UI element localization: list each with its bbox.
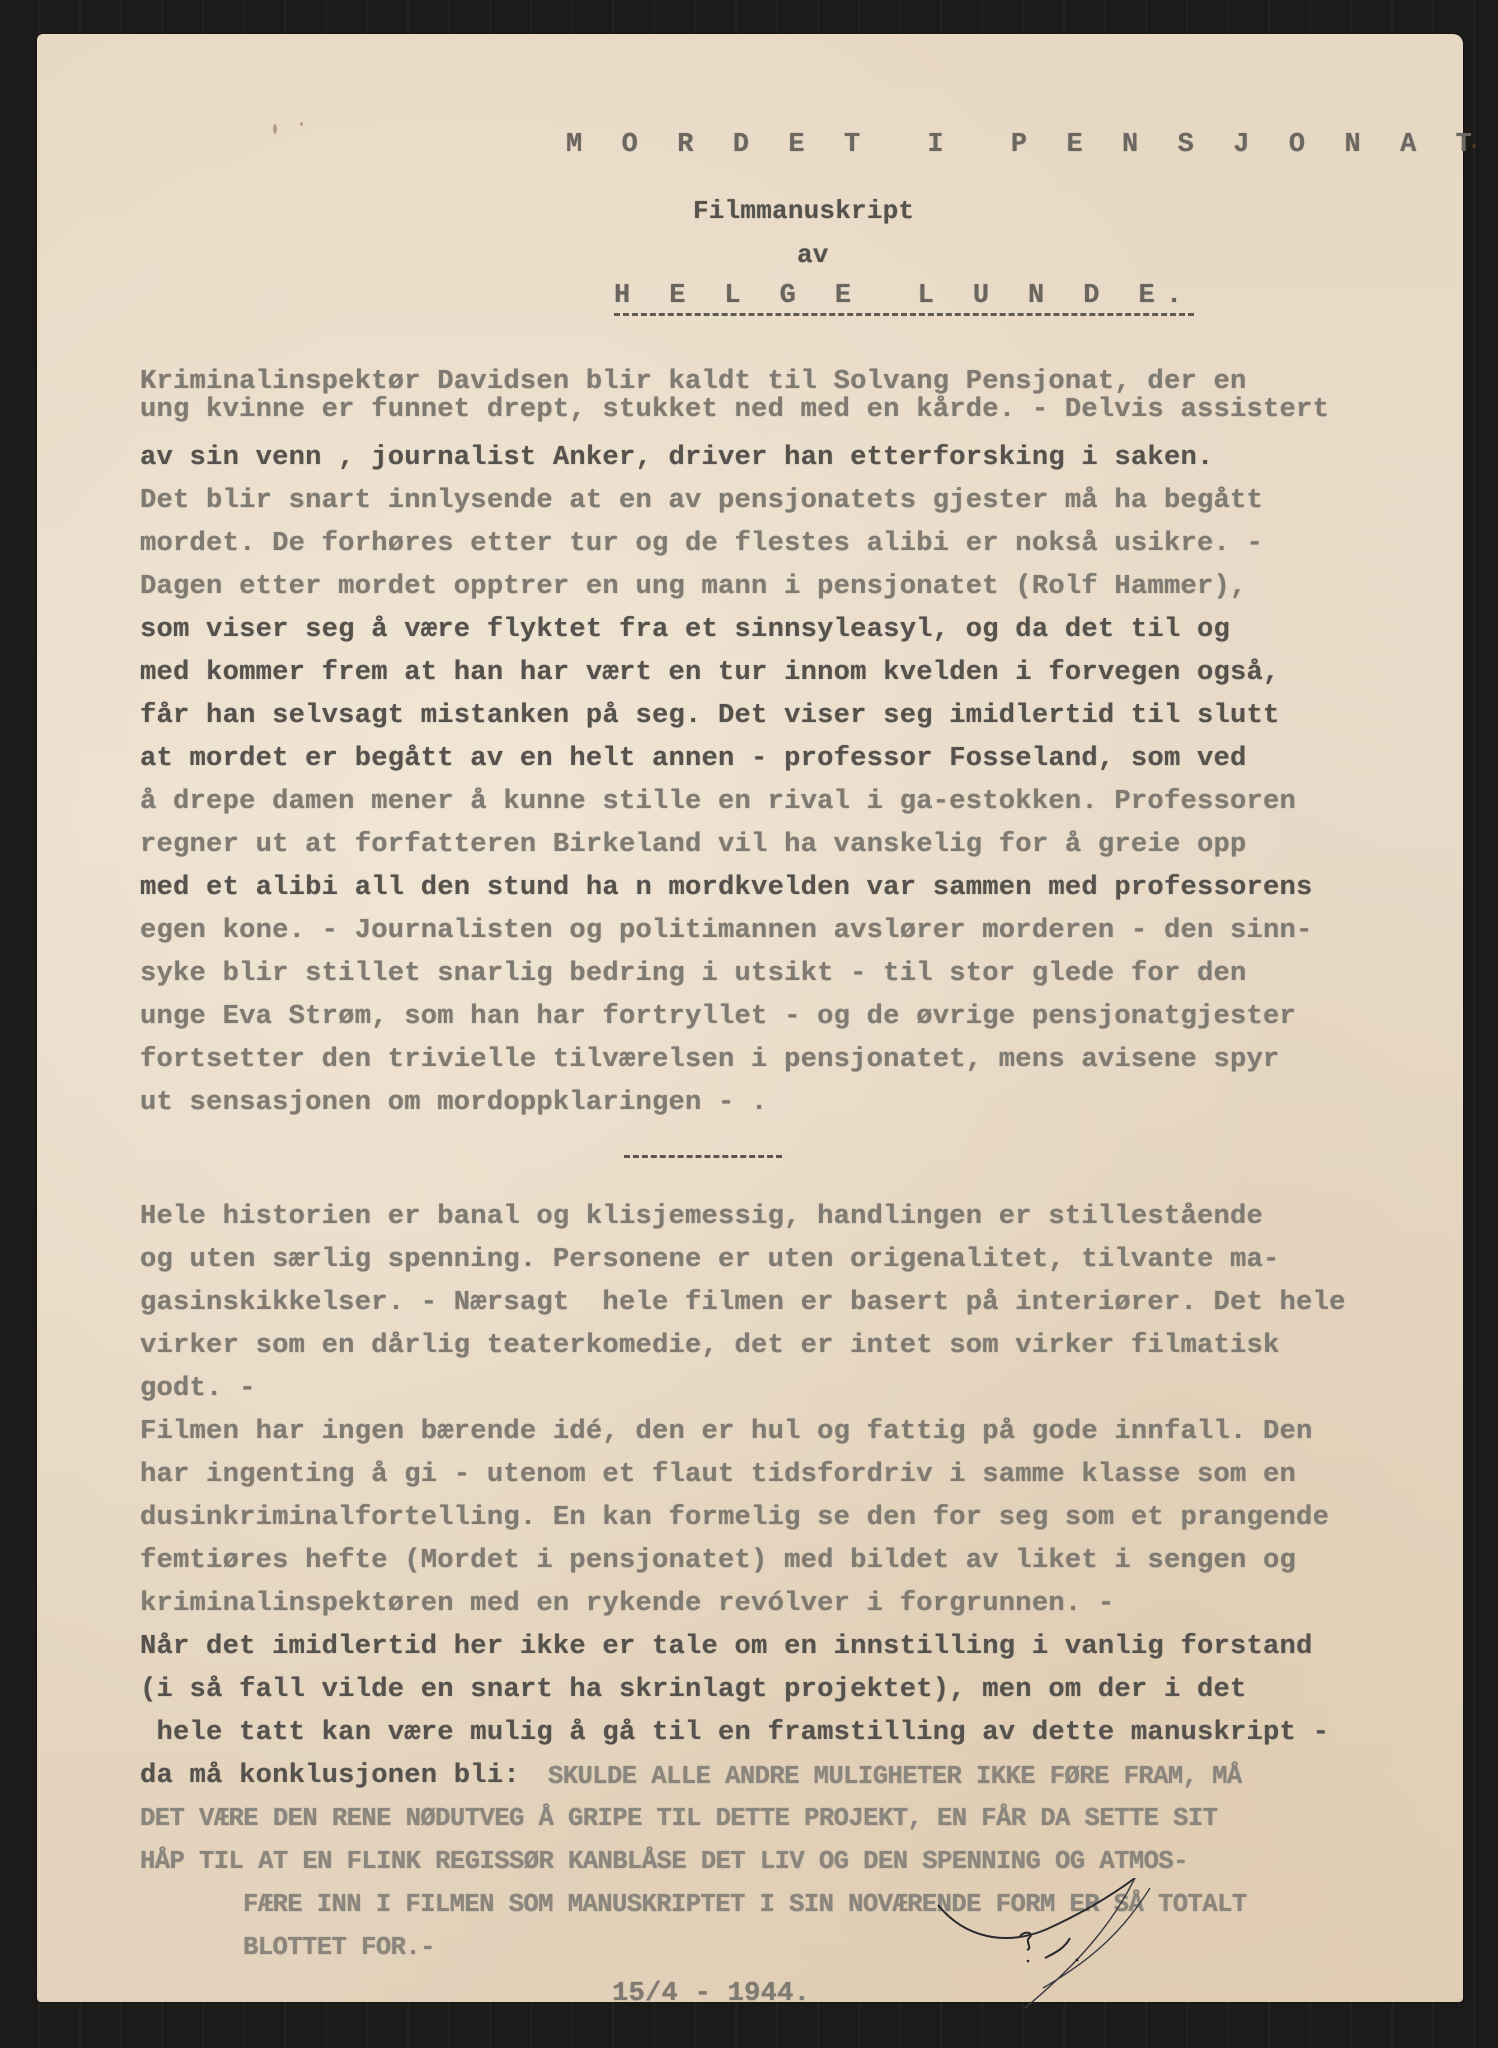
summary-line: å drepe damen mener å kunne stille en ri…: [140, 786, 1296, 817]
review-line: hele tatt kan være mulig å gå til en fra…: [140, 1717, 1329, 1748]
review-line: har ingenting å gi - utenom et flaut tid…: [140, 1459, 1296, 1490]
review-line: og uten særlig spenning. Personene er ut…: [140, 1244, 1280, 1275]
review-line: (i så fall vilde en snart ha skrinlagt p…: [140, 1674, 1247, 1705]
paper-stain: [300, 122, 303, 126]
summary-line: fortsetter den trivielle tilværelsen i p…: [140, 1044, 1280, 1075]
review-line: virker som en dårlig teaterkomedie, det …: [140, 1330, 1280, 1361]
summary-line: ung kvinne er funnet drept, stukket ned …: [140, 394, 1329, 425]
conclusion-line: HÅP TIL AT EN FLINK REGISSØR KANBLÅSE DE…: [140, 1847, 1188, 1876]
review-line: da må konklusjonen bli:: [140, 1760, 520, 1791]
conclusion-line: DET VÆRE DEN RENE NØDUTVEG Å GRIPE TIL D…: [140, 1804, 1217, 1833]
summary-line: ut sensasjonen om mordoppklaringen - .: [140, 1087, 768, 1118]
summary-line: med et alibi all den stund ha n mordkvel…: [140, 872, 1313, 903]
signature-icon: A.A.: [925, 1878, 1155, 2008]
summary-line: Det blir snart innlysende at en av pensj…: [140, 485, 1263, 516]
review-line: kriminalinspektøren med en rykende revól…: [140, 1588, 1114, 1619]
review-line: Hele historien er banal og klisjemessig,…: [140, 1201, 1263, 1232]
review-line: dusinkriminalfortelling. En kan formelig…: [140, 1502, 1329, 1533]
document-author: H E L G E L U N D E.: [614, 281, 1194, 316]
document-title: M O R D E T I P E N S J O N A T E T.: [566, 130, 1498, 160]
review-line: Når det imidlertid her ikke er tale om e…: [140, 1631, 1313, 1662]
review-line: gasinskikkelser. - Nærsagt hele filmen e…: [140, 1287, 1346, 1318]
summary-line: Kriminalinspektør Davidsen blir kaldt ti…: [140, 366, 1247, 397]
document-date: 15/4 - 1944.: [612, 1978, 810, 2009]
review-line: godt. -: [140, 1373, 256, 1404]
summary-line: får han selvsagt mistanken på seg. Det v…: [140, 700, 1280, 731]
summary-line: syke blir stillet snarlig bedring i utsi…: [140, 958, 1247, 989]
summary-line: mordet. De forhøres etter tur og de fles…: [140, 528, 1263, 559]
document-subtitle: Filmmanuskript: [693, 196, 914, 226]
conclusion-line: BLOTTET FOR.-: [243, 1933, 435, 1962]
summary-line: Dagen etter mordet opptrer en ung mann i…: [140, 571, 1247, 602]
signature-initials: A.A.: [925, 1878, 928, 1879]
review-line: femtiøres hefte (Mordet i pensjonatet) m…: [140, 1545, 1296, 1576]
section-divider: [624, 1155, 782, 1158]
summary-line: unge Eva Strøm, som han har fortryllet -…: [140, 1001, 1296, 1032]
summary-line: at mordet er begått av en helt annen - p…: [140, 743, 1247, 774]
byline-av: av: [797, 240, 829, 270]
paper-stain: [273, 124, 277, 134]
summary-line: regner ut at forfatteren Birkeland vil h…: [140, 829, 1247, 860]
review-line: Filmen har ingen bærende idé, den er hul…: [140, 1416, 1313, 1447]
conclusion-inline: SKULDE ALLE ANDRE MULIGHETER IKKE FØRE F…: [548, 1762, 1242, 1791]
summary-line: av sin venn , journalist Anker, driver h…: [140, 442, 1214, 473]
summary-line: egen kone. - Journalisten og politimanne…: [140, 915, 1313, 946]
summary-line: som viser seg å være flyktet fra et sinn…: [140, 614, 1230, 645]
summary-line: med kommer frem at han har vært en tur i…: [140, 657, 1280, 688]
